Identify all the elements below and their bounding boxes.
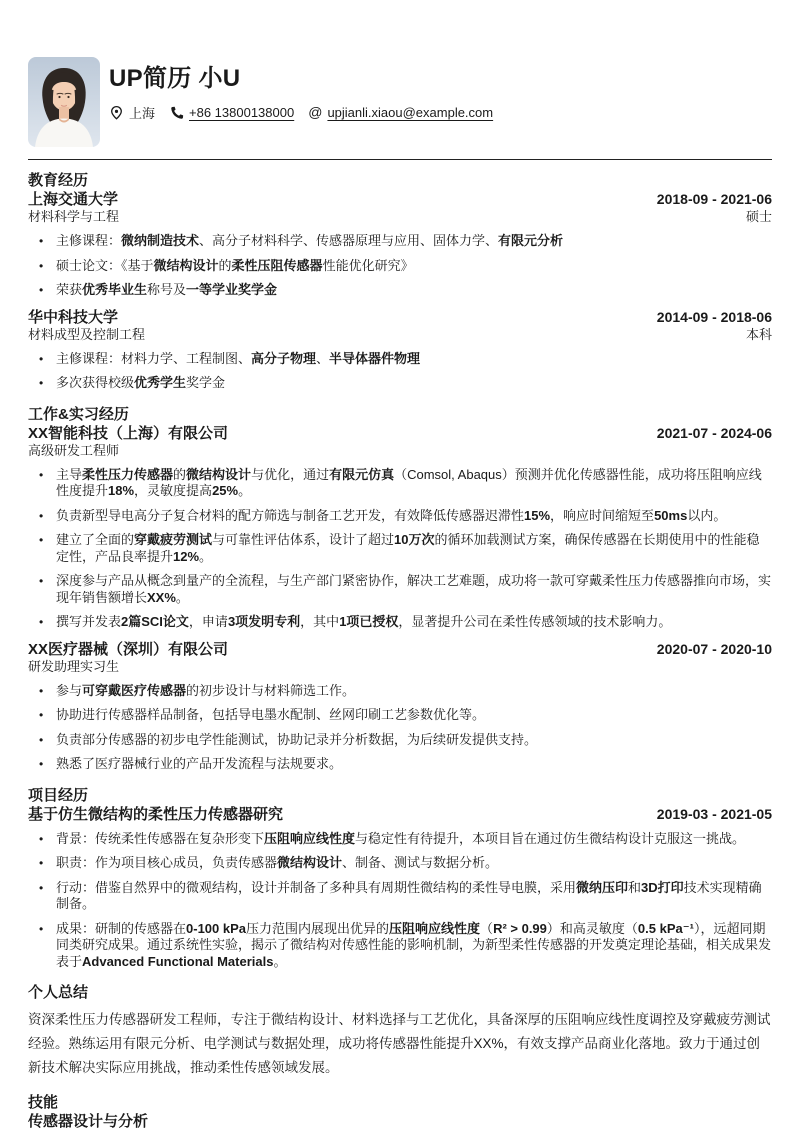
bullet-text: 熟悉了医疗器械行业的产品开发流程与法规要求。	[56, 756, 342, 771]
bullet-text: 硕士论文：《基于微结构设计的柔性压阻传感器性能优化研究》	[56, 258, 414, 273]
entry: 基于仿生微结构的柔性压力传感器研究 2019-03 - 2021-05 背景：传…	[28, 806, 772, 971]
section-title: 个人总结	[28, 985, 772, 1001]
location-text: 上海	[129, 103, 155, 122]
entry-header-row: 华中科技大学 2014-09 - 2018-06	[28, 309, 772, 326]
bullet-text: 背景：传统柔性传感器在复杂形变下压阻响应线性度与稳定性有待提升，本项目旨在通过仿…	[56, 831, 745, 846]
entry-header-row: XX医疗器械（深圳）有限公司 2020-07 - 2020-10	[28, 641, 772, 658]
bullet-item: 主导柔性压力传感器的微结构设计与优化，通过有限元仿真（Comsol, Abaqu…	[28, 467, 772, 500]
email-link[interactable]: upjianli.xiaou@example.com	[327, 105, 493, 120]
entry-degree: 硕士	[746, 209, 772, 225]
entry-subtitle: 材料科学与工程	[28, 209, 119, 225]
bullet-text: 撰写并发表2篇SCI论文，申请3项发明专利，其中1项已授权，显著提升公司在柔性传…	[56, 614, 671, 629]
entry-bullets: 参与可穿戴医疗传感器的初步设计与材料筛选工作。 协助进行传感器样品制备，包括导电…	[28, 683, 772, 773]
entry-subtitle: 研发助理实习生	[28, 659, 119, 675]
bullet-text: 建立了全面的穿戴疲劳测试与可靠性评估体系，设计了超过10万次的循环加载测试方案，…	[56, 532, 760, 564]
bullet-item: 深度参与产品从概念到量产的全流程，与生产部门紧密协作，解决工艺难题，成功将一款可…	[28, 573, 772, 606]
bullet-text: 多次获得校级优秀学生奖学金	[56, 375, 225, 390]
bullet-text: 主修课程：材料力学、工程制图、高分子物理、半导体器件物理	[56, 351, 420, 366]
entry: 上海交通大学 2018-09 - 2021-06 材料科学与工程 硕士 主修课程…	[28, 191, 772, 299]
section-work: 工作&实习经历 XX智能科技（上海）有限公司 2021-07 - 2024-06…	[28, 407, 772, 773]
entry-subrow: 研发助理实习生	[28, 659, 772, 675]
entry-title: 基于仿生微结构的柔性压力传感器研究	[28, 806, 283, 823]
avatar	[28, 57, 100, 147]
contact-row: 上海 +86 13800138000 @ upjianli.xiaou@exam…	[109, 103, 493, 122]
bullet-item: 参与可穿戴医疗传感器的初步设计与材料筛选工作。	[28, 683, 772, 700]
bullet-text: 成果：研制的传感器在0-100 kPa压力范围内展现出优异的压阻响应线性度（R²…	[56, 921, 771, 969]
entry-title: XX智能科技（上海）有限公司	[28, 425, 228, 442]
avatar-photo	[28, 57, 100, 147]
entry-header-row: XX智能科技（上海）有限公司 2021-07 - 2024-06	[28, 425, 772, 442]
section-title: 工作&实习经历	[28, 407, 772, 423]
entry-header-row: 基于仿生微结构的柔性压力传感器研究 2019-03 - 2021-05	[28, 806, 772, 823]
entry-subrow: 高级研发工程师	[28, 443, 772, 459]
bullet-item: 熟悉了医疗器械行业的产品开发流程与法规要求。	[28, 756, 772, 773]
section-entries: 上海交通大学 2018-09 - 2021-06 材料科学与工程 硕士 主修课程…	[28, 191, 772, 392]
entry-subtitle: 高级研发工程师	[28, 443, 119, 459]
bullet-item: 多次获得校级优秀学生奖学金	[28, 375, 772, 392]
resume-page: UP简历 小U 上海 +86 13800138000 @	[0, 0, 800, 1130]
entry-date: 2014-09 - 2018-06	[657, 309, 772, 326]
entry-date: 2020-07 - 2020-10	[657, 641, 772, 658]
bullet-item: 成果：研制的传感器在0-100 kPa压力范围内展现出优异的压阻响应线性度（R²…	[28, 921, 772, 971]
entry-title: 传感器设计与分析	[28, 1113, 148, 1130]
bullet-text: 负责部分传感器的初步电学性能测试，协助记录并分析数据，为后续研发提供支持。	[56, 732, 537, 747]
entry: XX智能科技（上海）有限公司 2021-07 - 2024-06 高级研发工程师…	[28, 425, 772, 631]
bullet-item: 负责部分传感器的初步电学性能测试，协助记录并分析数据，为后续研发提供支持。	[28, 732, 772, 749]
section-summary: 个人总结 资深柔性压力传感器研发工程师，专注于微结构设计、材料选择与工艺优化，具…	[28, 985, 772, 1080]
bullet-text: 荣获优秀毕业生称号及一等学业奖学金	[56, 282, 277, 297]
bullet-text: 深度参与产品从概念到量产的全流程，与生产部门紧密协作，解决工艺难题，成功将一款可…	[56, 573, 771, 605]
entry: 传感器设计与分析	[28, 1113, 772, 1130]
section-education: 教育经历 上海交通大学 2018-09 - 2021-06 材料科学与工程 硕士…	[28, 173, 772, 392]
entry: XX医疗器械（深圳）有限公司 2020-07 - 2020-10 研发助理实习生…	[28, 641, 772, 773]
header-divider	[28, 159, 772, 160]
bullet-text: 主修课程：微纳制造技术、高分子材料科学、传感器原理与应用、固体力学、有限元分析	[56, 233, 563, 248]
bullet-text: 协助进行传感器样品制备，包括导电墨水配制、丝网印刷工艺参数优化等。	[56, 707, 485, 722]
contact-phone: +86 13800138000	[169, 105, 294, 120]
entry-header-row: 上海交通大学 2018-09 - 2021-06	[28, 191, 772, 208]
phone-icon	[169, 105, 184, 120]
bullet-item: 协助进行传感器样品制备，包括导电墨水配制、丝网印刷工艺参数优化等。	[28, 707, 772, 724]
entry-bullets: 背景：传统柔性传感器在复杂形变下压阻响应线性度与稳定性有待提升，本项目旨在通过仿…	[28, 831, 772, 971]
entry-subrow: 材料成型及控制工程 本科	[28, 327, 772, 343]
bullet-item: 硕士论文：《基于微结构设计的柔性压阻传感器性能优化研究》	[28, 258, 772, 275]
entry-subtitle: 材料成型及控制工程	[28, 327, 145, 343]
entry: 华中科技大学 2014-09 - 2018-06 材料成型及控制工程 本科 主修…	[28, 309, 772, 392]
entry-date: 2018-09 - 2021-06	[657, 191, 772, 208]
section-title: 技能	[28, 1095, 772, 1111]
entry-title: 华中科技大学	[28, 309, 118, 326]
bullet-item: 撰写并发表2篇SCI论文，申请3项发明专利，其中1项已授权，显著提升公司在柔性传…	[28, 614, 772, 631]
section-skills: 技能 传感器设计与分析	[28, 1095, 772, 1130]
section-entries: 传感器设计与分析	[28, 1113, 772, 1130]
location-pin-icon	[109, 105, 124, 120]
bullet-item: 建立了全面的穿戴疲劳测试与可靠性评估体系，设计了超过10万次的循环加载测试方案，…	[28, 532, 772, 565]
candidate-name: UP简历 小U	[109, 65, 493, 93]
phone-link[interactable]: +86 13800138000	[189, 105, 294, 120]
entry-title: XX医疗器械（深圳）有限公司	[28, 641, 228, 658]
entry-title: 上海交通大学	[28, 191, 118, 208]
summary-paragraph: 资深柔性压力传感器研发工程师，专注于微结构设计、材料选择与工艺优化，具备深厚的压…	[28, 1008, 772, 1080]
entry-bullets: 主导柔性压力传感器的微结构设计与优化，通过有限元仿真（Comsol, Abaqu…	[28, 467, 772, 631]
bullet-text: 职责：作为项目核心成员，负责传感器微结构设计、制备、测试与数据分析。	[56, 855, 498, 870]
bullet-item: 职责：作为项目核心成员，负责传感器微结构设计、制备、测试与数据分析。	[28, 855, 772, 872]
resume-header: UP简历 小U 上海 +86 13800138000 @	[28, 0, 772, 147]
entry-bullets: 主修课程：微纳制造技术、高分子材料科学、传感器原理与应用、固体力学、有限元分析 …	[28, 233, 772, 299]
resume-sections: 教育经历 上海交通大学 2018-09 - 2021-06 材料科学与工程 硕士…	[28, 173, 772, 1130]
bullet-text: 负责新型导电高分子复合材料的配方筛选与制备工艺开发，有效降低传感器迟滞性15%，…	[56, 508, 726, 523]
section-projects: 项目经历 基于仿生微结构的柔性压力传感器研究 2019-03 - 2021-05…	[28, 788, 772, 971]
bullet-item: 主修课程：材料力学、工程制图、高分子物理、半导体器件物理	[28, 351, 772, 368]
contact-location: 上海	[109, 103, 155, 122]
section-entries: 基于仿生微结构的柔性压力传感器研究 2019-03 - 2021-05 背景：传…	[28, 806, 772, 971]
bullet-text: 行动：借鉴自然界中的微观结构，设计并制备了多种具有周期性微结构的柔性导电膜，采用…	[56, 880, 762, 912]
bullet-text: 参与可穿戴医疗传感器的初步设计与材料筛选工作。	[56, 683, 355, 698]
section-title: 项目经历	[28, 788, 772, 804]
bullet-item: 主修课程：微纳制造技术、高分子材料科学、传感器原理与应用、固体力学、有限元分析	[28, 233, 772, 250]
header-text-block: UP简历 小U 上海 +86 13800138000 @	[109, 57, 493, 122]
section-entries: XX智能科技（上海）有限公司 2021-07 - 2024-06 高级研发工程师…	[28, 425, 772, 773]
bullet-text: 主导柔性压力传感器的微结构设计与优化，通过有限元仿真（Comsol, Abaqu…	[56, 467, 762, 499]
bullet-item: 荣获优秀毕业生称号及一等学业奖学金	[28, 282, 772, 299]
bullet-item: 背景：传统柔性传感器在复杂形变下压阻响应线性度与稳定性有待提升，本项目旨在通过仿…	[28, 831, 772, 848]
entry-bullets: 主修课程：材料力学、工程制图、高分子物理、半导体器件物理 多次获得校级优秀学生奖…	[28, 351, 772, 392]
entry-date: 2019-03 - 2021-05	[657, 806, 772, 823]
section-title: 教育经历	[28, 173, 772, 189]
entry-subrow: 材料科学与工程 硕士	[28, 209, 772, 225]
entry-header-row: 传感器设计与分析	[28, 1113, 772, 1130]
entry-degree: 本科	[746, 327, 772, 343]
bullet-item: 负责新型导电高分子复合材料的配方筛选与制备工艺开发，有效降低传感器迟滞性15%，…	[28, 508, 772, 525]
entry-date: 2021-07 - 2024-06	[657, 425, 772, 442]
at-icon: @	[308, 105, 322, 120]
bullet-item: 行动：借鉴自然界中的微观结构，设计并制备了多种具有周期性微结构的柔性导电膜，采用…	[28, 880, 772, 913]
contact-email: @ upjianli.xiaou@example.com	[308, 105, 493, 120]
